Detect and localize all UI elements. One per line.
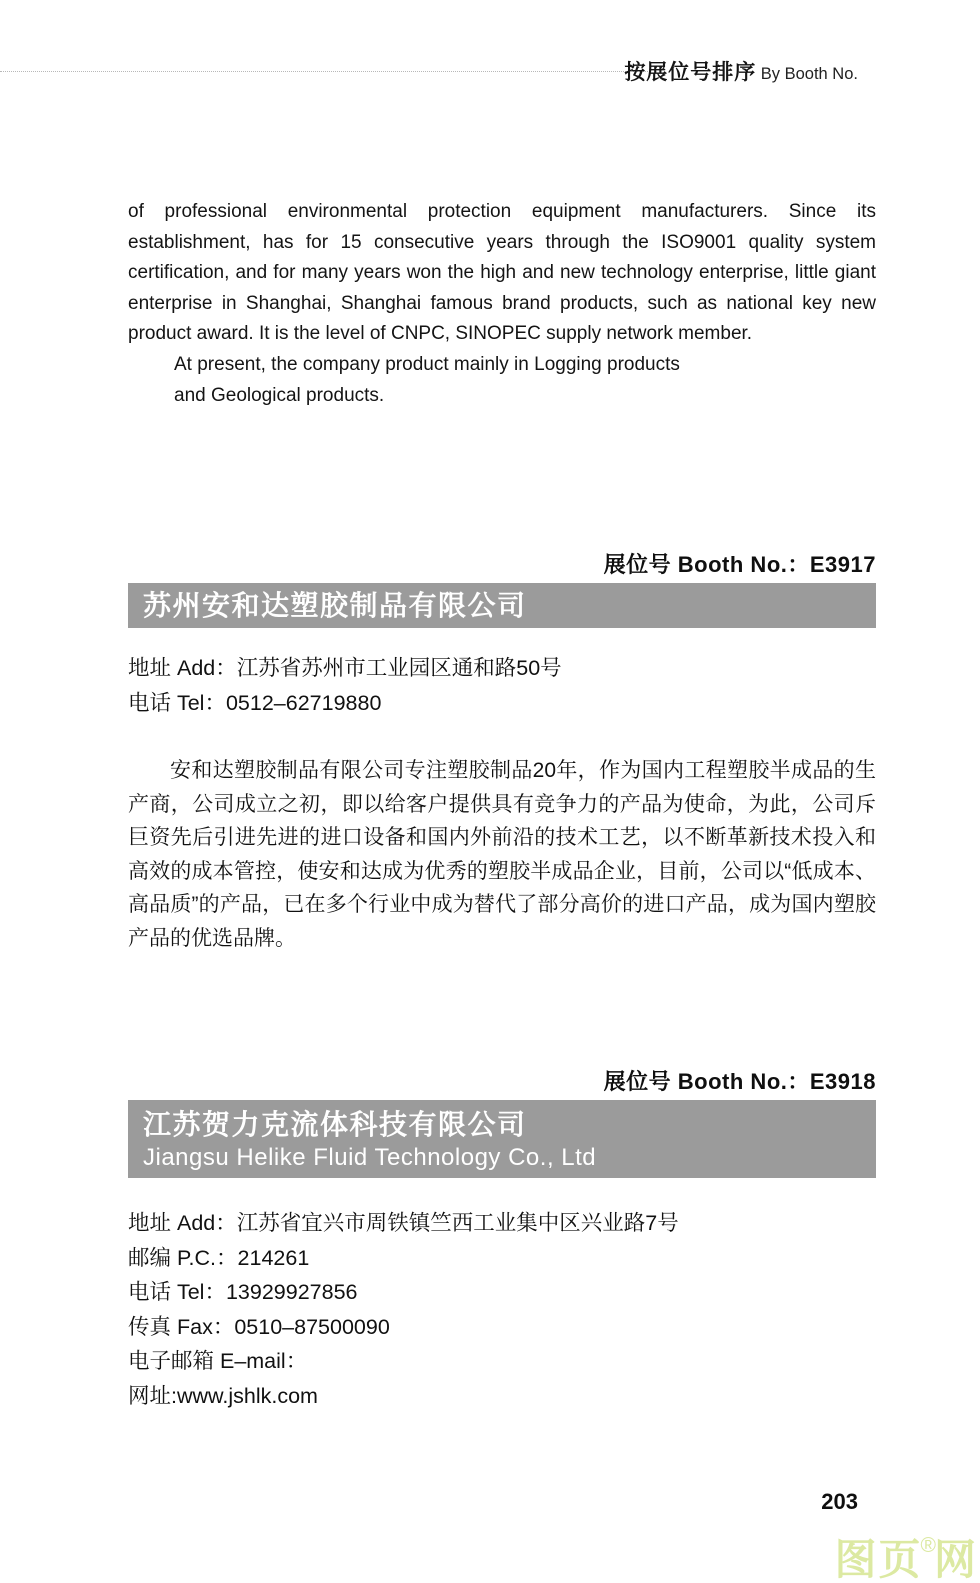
booth-label: 展位号 Booth No.：: [604, 552, 810, 577]
contact-value: 13929927856: [226, 1280, 358, 1304]
sort-order-label-en: By Booth No.: [761, 65, 858, 83]
contact-row-tel: 电话 Tel：0512–62719880: [128, 686, 876, 721]
contact-label: 电话 Tel：: [128, 691, 226, 715]
company-name-banner-e3918: 江苏贺力克流体科技有限公司 Jiangsu Helike Fluid Techn…: [128, 1100, 876, 1178]
intro-continuation-line-1: At present, the company product mainly i…: [174, 350, 876, 381]
contact-row-postcode: 邮编 P.C.：214261: [128, 1241, 876, 1276]
contact-label: 邮编 P.C.：: [128, 1246, 238, 1270]
contact-label: 电话 Tel：: [128, 1280, 226, 1304]
contact-value: 0512–62719880: [226, 691, 381, 715]
company-name-zh: 江苏贺力克流体科技有限公司: [143, 1106, 876, 1143]
contact-label: 电子邮箱 E–mail：: [128, 1349, 307, 1373]
intro-continuation-line-2: and Geological products.: [174, 381, 876, 412]
booth-label: 展位号 Booth No.：: [604, 1069, 810, 1094]
contact-value: 0510–87500090: [234, 1315, 389, 1339]
contact-value: 214261: [238, 1246, 310, 1270]
watermark-text-left: 图页: [834, 1536, 922, 1583]
booth-number: E3918: [810, 1069, 876, 1094]
contact-block-e3917: 地址 Add：江苏省苏州市工业园区通和路50号 电话 Tel：0512–6271…: [128, 651, 876, 721]
company-description-e3917: 安和达塑胶制品有限公司专注塑胶制品20年，作为国内工程塑胶半成品的生产商，公司成…: [128, 754, 876, 956]
company-name-banner-e3917: 苏州安和达塑胶制品有限公司: [128, 583, 876, 628]
booth-number-line-e3918: 展位号 Booth No.：E3918: [128, 1065, 876, 1096]
company-name-zh: 苏州安和达塑胶制品有限公司: [143, 587, 527, 624]
previous-entry-description: of professional environmental protection…: [128, 197, 876, 411]
intro-paragraph: of professional environmental protection…: [128, 197, 876, 350]
contact-value: www.jshlk.com: [177, 1384, 318, 1408]
booth-number: E3917: [810, 552, 876, 577]
contact-row-email: 电子邮箱 E–mail：: [128, 1344, 876, 1379]
contact-label: 传真 Fax：: [128, 1315, 234, 1339]
page-number: 203: [821, 1489, 858, 1515]
booth-number-line-e3917: 展位号 Booth No.：E3917: [128, 548, 876, 579]
contact-row-address: 地址 Add：江苏省宜兴市周铁镇竺西工业集中区兴业路7号: [128, 1206, 876, 1241]
contact-value: 江苏省苏州市工业园区通和路50号: [237, 656, 562, 680]
page-header: 按展位号排序 By Booth No.: [624, 56, 858, 86]
contact-row-address: 地址 Add：江苏省苏州市工业园区通和路50号: [128, 651, 876, 686]
sort-order-label-zh: 按展位号排序: [624, 61, 756, 84]
tuyewang-watermark: 图页®网: [834, 1539, 978, 1581]
company-name-en: Jiangsu Helike Fluid Technology Co., Ltd: [143, 1143, 876, 1173]
contact-block-e3918: 地址 Add：江苏省宜兴市周铁镇竺西工业集中区兴业路7号 邮编 P.C.：214…: [128, 1206, 876, 1414]
registered-trademark-icon: ®: [921, 1535, 938, 1556]
header-dotted-rule: [0, 71, 650, 72]
contact-label: 地址 Add：: [128, 1211, 237, 1235]
contact-value: 江苏省宜兴市周铁镇竺西工业集中区兴业路7号: [237, 1211, 679, 1235]
contact-row-tel: 电话 Tel：13929927856: [128, 1275, 876, 1310]
contact-row-website: 网址:www.jshlk.com: [128, 1379, 876, 1414]
contact-label: 地址 Add：: [128, 656, 237, 680]
contact-row-fax: 传真 Fax：0510–87500090: [128, 1310, 876, 1345]
watermark-text-right: 网: [934, 1536, 978, 1583]
contact-label: 网址:: [128, 1384, 177, 1408]
